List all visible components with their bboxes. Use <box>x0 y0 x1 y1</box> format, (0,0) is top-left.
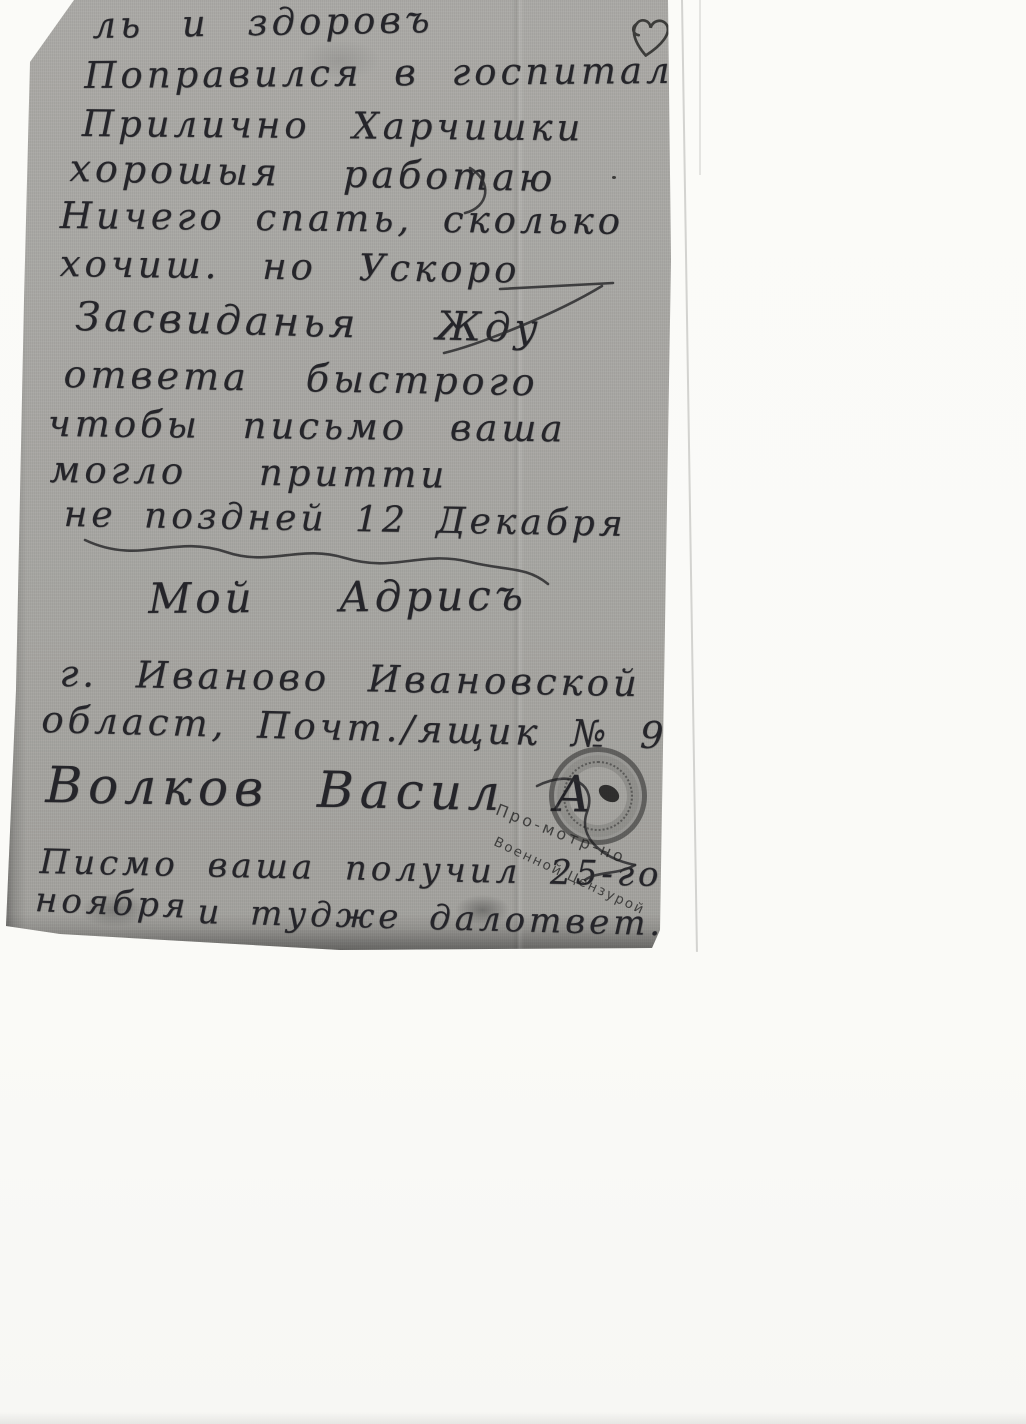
photocopied-letter-paper: ль и здоровъ Поправился в госпитали Прил… <box>0 0 1026 1424</box>
scanner-edge-shadow <box>0 1412 1026 1424</box>
handwriting-line-address-heading: Мой Адрисъ <box>148 571 527 623</box>
ink-speck <box>612 176 616 179</box>
paper-edge-line-faint <box>699 0 701 175</box>
heart-doodle-icon <box>624 11 673 64</box>
handwriting-line: могло притти <box>49 448 448 497</box>
ink-speck <box>4 694 13 700</box>
handwriting-line: чтобы письмо ваша <box>48 402 567 450</box>
stamp-ink-blob <box>596 781 623 805</box>
handwriting-line: ответа быстрого <box>63 352 539 404</box>
left-edge-shadow <box>0 55 34 940</box>
handwriting-line: Ничего спать, сколько <box>60 194 625 243</box>
handwriting-line: ль и здоровъ <box>92 0 434 47</box>
scanned-letter-page: ль и здоровъ Поправился в госпитали Прил… <box>0 0 1026 1424</box>
handwriting-line-postscript: ноября <box>34 880 190 927</box>
handwriting-line: хочиш. но Ускоро <box>59 242 520 291</box>
ink-speck <box>2 556 9 560</box>
paper-edge-line <box>681 0 698 952</box>
handwriting-line: Прилично Харчишки <box>82 102 585 149</box>
handwriting-line: Поправился в госпитали <box>84 49 702 97</box>
